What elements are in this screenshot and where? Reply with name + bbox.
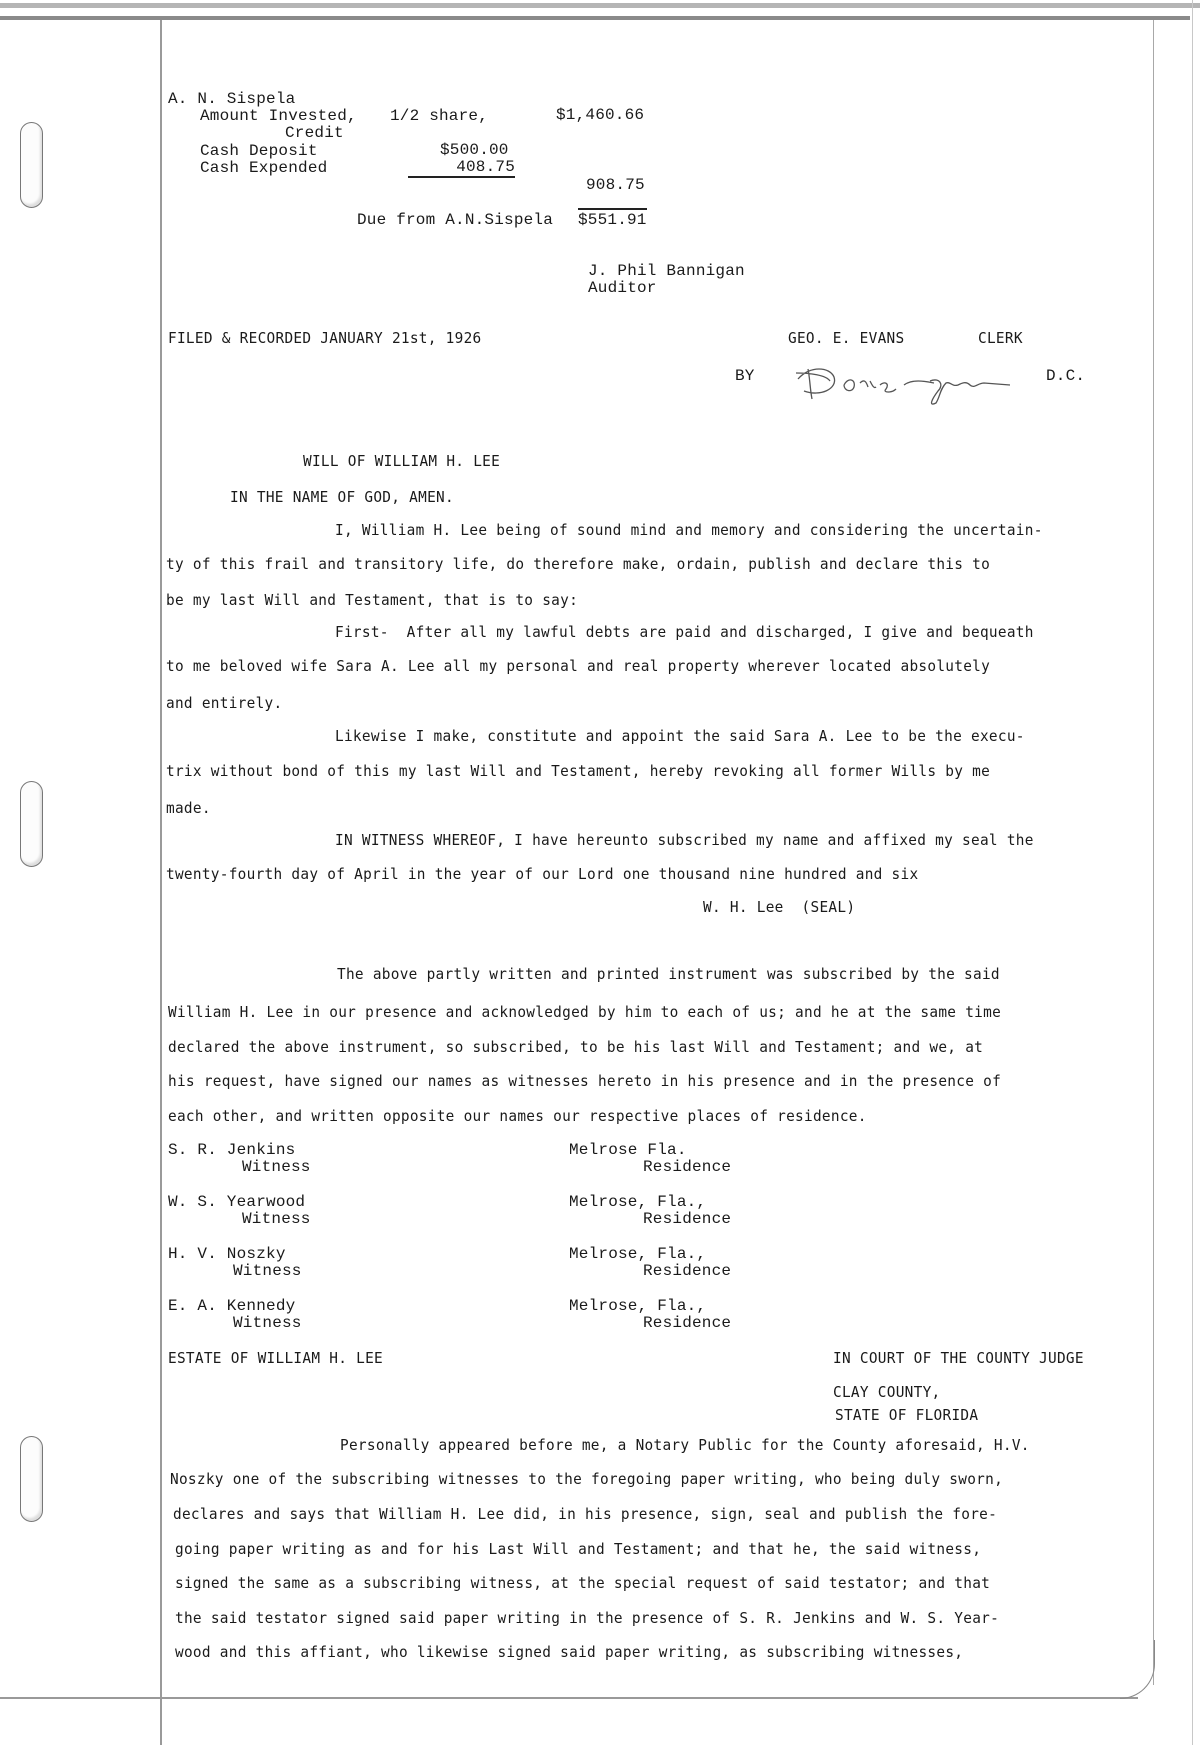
account-name: A. N. Sispela (168, 91, 295, 108)
residence-label: Residence (643, 1315, 731, 1332)
deputy-clerk-label: D.C. (1046, 368, 1085, 385)
will-line: IN WITNESS WHEREOF, I have hereunto subs… (335, 832, 1034, 849)
page-right-edge (1192, 0, 1193, 1745)
probate-line: Personally appeared before me, a Notary … (340, 1437, 1030, 1454)
page-corner-curve (1120, 1640, 1155, 1699)
page-header-rule (0, 16, 1190, 20)
will-line: twenty-fourth day of April in the year o… (166, 866, 918, 883)
residence-label: Residence (643, 1159, 731, 1176)
witness-name: S. R. Jenkins (168, 1142, 295, 1159)
page-top-edge (0, 3, 1200, 8)
auditor-title: Auditor (588, 280, 657, 297)
will-line: and entirely. (166, 695, 282, 712)
witness-role: Witness (242, 1211, 311, 1228)
will-line: Likewise I make, constitute and appoint … (335, 728, 1025, 745)
witness-role: Witness (233, 1315, 302, 1332)
left-margin-rule (160, 20, 162, 1745)
will-invocation: IN THE NAME OF GOD, AMEN. (230, 489, 454, 506)
probate-line: signed the same as a subscribing witness… (175, 1575, 990, 1592)
auditor-name: J. Phil Bannigan (588, 263, 745, 280)
testator-signature: W. H. Lee (SEAL) (703, 899, 855, 916)
binder-hole-icon (20, 1436, 43, 1522)
will-title: WILL OF WILLIAM H. LEE (303, 453, 500, 470)
will-line: ty of this frail and transitory life, do… (166, 556, 990, 573)
state-heading: STATE OF FLORIDA (835, 1407, 978, 1424)
will-line: to me beloved wife Sara A. Lee all my pe… (166, 658, 990, 675)
will-line: made. (166, 800, 211, 817)
due-amount: $551.91 (578, 208, 647, 229)
witness-residence: Melrose, Fla., (569, 1246, 706, 1263)
witness-name: H. V. Noszky (168, 1246, 286, 1263)
binder-hole-icon (20, 122, 43, 208)
cash-deposit-label: Cash Deposit (200, 143, 318, 160)
right-margin-rule (1153, 20, 1154, 1685)
share-label: 1/2 share, (390, 108, 488, 125)
witness-residence: Melrose, Fla., (569, 1298, 706, 1315)
witness-residence: Melrose, Fla., (569, 1194, 706, 1211)
will-line: trix without bond of this my last Will a… (166, 763, 990, 780)
attestation-line: The above partly written and printed ins… (337, 966, 1000, 983)
amount-invested-label: Amount Invested, (200, 108, 357, 125)
probate-line: going paper writing as and for his Last … (175, 1541, 981, 1558)
estate-heading: ESTATE OF WILLIAM H. LEE (168, 1350, 383, 1367)
court-heading: IN COURT OF THE COUNTY JUDGE (833, 1350, 1084, 1367)
cash-expended-value: 408.75 (408, 159, 515, 178)
probate-line: Noszky one of the subscribing witnesses … (170, 1471, 1003, 1488)
probate-line: the said testator signed said paper writ… (175, 1610, 999, 1627)
witness-residence: Melrose Fla. (569, 1142, 687, 1159)
filed-recorded-date: FILED & RECORDED JANUARY 21st, 1926 (168, 330, 482, 347)
attestation-line: William H. Lee in our presence and ackno… (168, 1004, 1001, 1021)
by-label: BY (735, 368, 755, 385)
clerk-title: CLERK (978, 330, 1023, 347)
attestation-line: each other, and written opposite our nam… (168, 1108, 867, 1125)
cash-deposit-value: $500.00 (440, 142, 509, 159)
probate-line: wood and this affiant, who likewise sign… (175, 1644, 963, 1661)
page-bottom-rule (0, 1697, 1138, 1699)
attestation-line: declared the above instrument, so subscr… (168, 1039, 983, 1056)
county-heading: CLAY COUNTY, (833, 1384, 941, 1401)
binder-hole-icon (20, 781, 43, 867)
clerk-name: GEO. E. EVANS (788, 330, 904, 347)
due-label: Due from A.N.Sispela (357, 212, 553, 229)
will-line: I, William H. Lee being of sound mind an… (335, 522, 1043, 539)
witness-name: E. A. Kennedy (168, 1298, 295, 1315)
residence-label: Residence (643, 1211, 731, 1228)
credit-label: Credit (285, 125, 344, 142)
will-line: First- After all my lawful debts are pai… (335, 624, 1034, 641)
residence-label: Residence (643, 1263, 731, 1280)
will-line: be my last Will and Testament, that is t… (166, 592, 578, 609)
credit-total: 908.75 (586, 177, 645, 194)
amount-invested-value: $1,460.66 (556, 107, 644, 124)
probate-line: declares and says that William H. Lee di… (173, 1506, 997, 1523)
clerk-signature-icon (790, 357, 1020, 407)
witness-role: Witness (233, 1263, 302, 1280)
cash-expended-label: Cash Expended (200, 160, 327, 177)
witness-role: Witness (242, 1159, 311, 1176)
attestation-line: his request, have signed our names as wi… (168, 1073, 1001, 1090)
witness-name: W. S. Yearwood (168, 1194, 305, 1211)
